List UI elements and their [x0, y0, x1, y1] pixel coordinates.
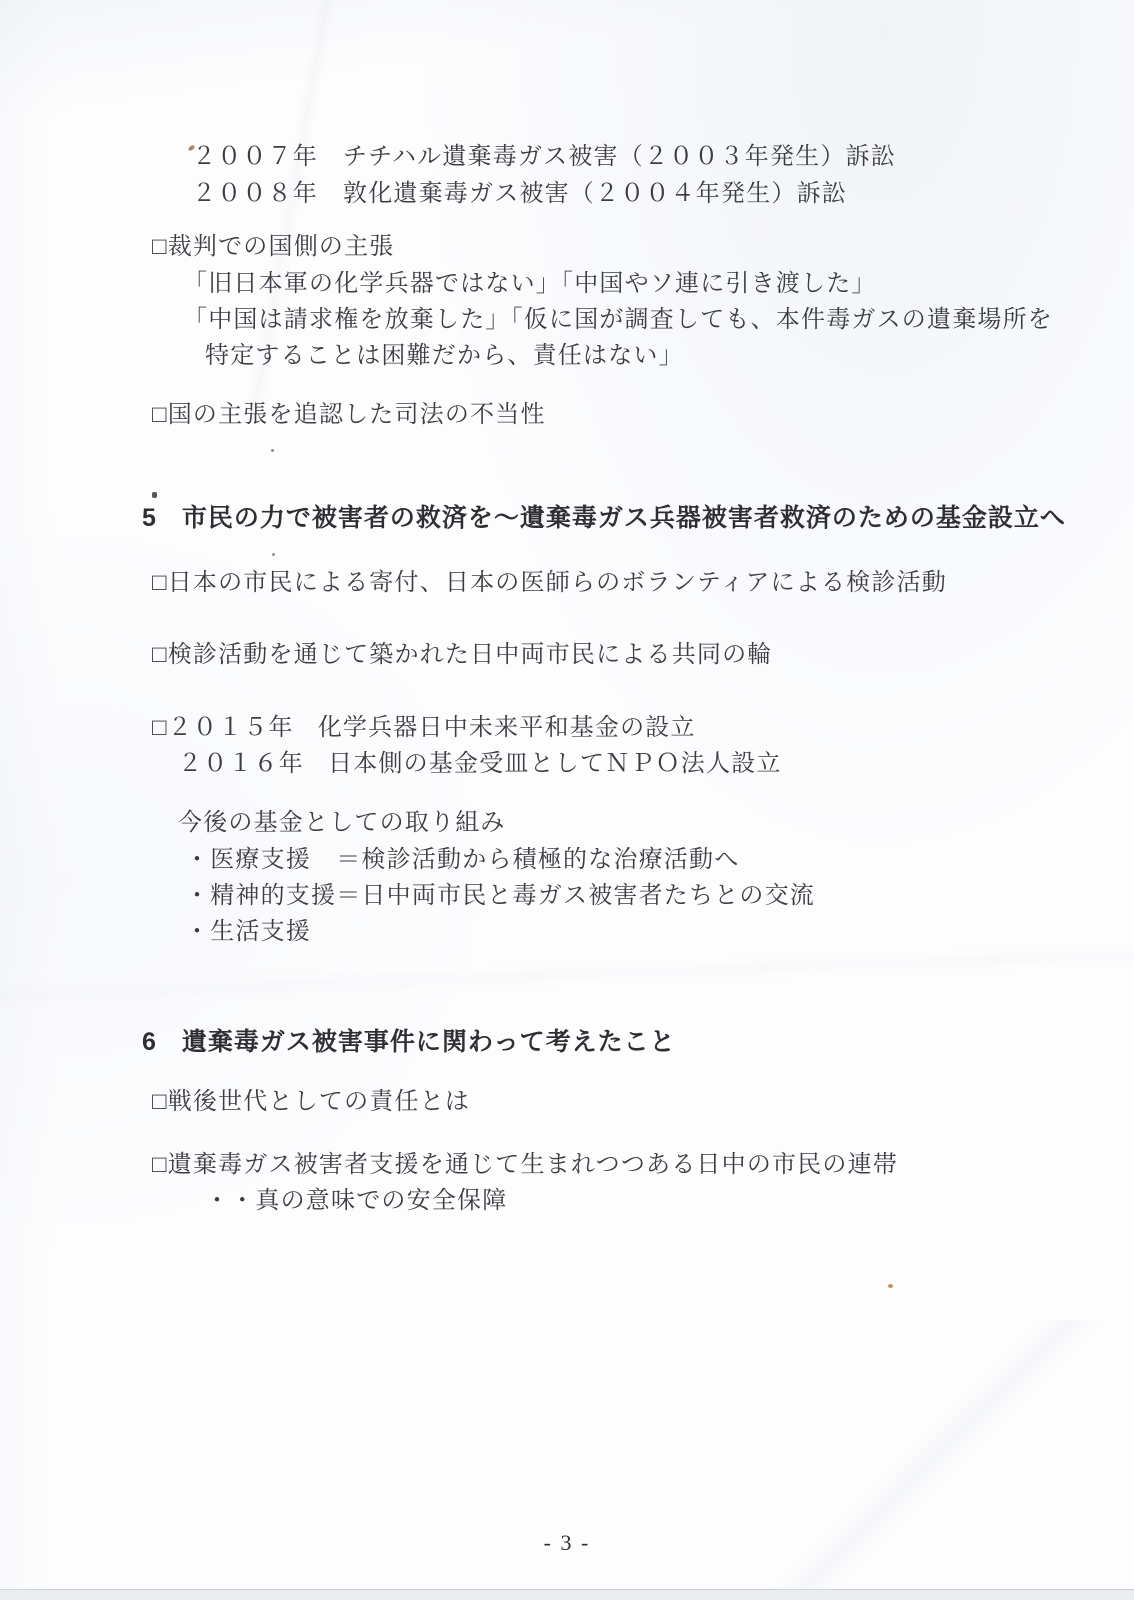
future-efforts-heading: 今後の基金としての取り組み	[178, 808, 506, 838]
bullet-item: ・医療支援 ＝検診活動から積極的な治療活動へ	[185, 845, 739, 875]
section6-heading: 6 遺棄毒ガス被害事件に関わって考えたこと	[142, 1022, 676, 1058]
section-title: 遺棄毒ガス被害事件に関わって考えたこと	[182, 1022, 676, 1058]
scanned-document-page: ２００７年 チチハル遺棄毒ガス被害（２００３年発生）訴訟 ２００８年 敦化遺棄毒…	[0, 0, 1134, 1600]
scanner-edge-strip	[0, 1589, 1134, 1600]
claim-quote-line: 「中国は請求権を放棄した」「仮に国が調査しても、本件毒ガスの遺棄場所を	[183, 305, 1053, 335]
lawsuit-description: チチハル遺棄毒ガス被害（２００３年発生）訴訟	[343, 136, 896, 171]
paper-speck	[271, 449, 274, 452]
section5-heading: 5 市民の力で被害者の救済を～遺棄毒ガス兵器被害者救済のための基金設立へ	[142, 498, 1066, 534]
fund-year-row: □２０１５年 化学兵器日中未来平和基金の設立	[152, 707, 696, 742]
fund-year: ２０１６年	[178, 743, 304, 778]
lawsuit-year-row: ２００８年 敦化遺棄毒ガス被害（２００４年発生）訴訟	[192, 173, 847, 208]
paper-speck	[152, 492, 157, 498]
checkbox-item: □検診活動を通じて築かれた日中両市民による共同の輪	[152, 640, 773, 670]
bullet-item: ・精神的支援＝日中両市民と毒ガス被害者たちとの交流	[185, 881, 815, 911]
lawsuit-description: 敦化遺棄毒ガス被害（２００４年発生）訴訟	[343, 173, 847, 208]
fund-description: 日本側の基金受皿としてＮＰＯ法人設立	[328, 743, 782, 778]
fund-year: □２０１５年	[152, 707, 294, 742]
checkbox-item: □日本の市民による寄付、日本の医師らのボランティアによる検診活動	[152, 568, 947, 598]
paper-speck	[888, 1284, 893, 1288]
lawsuit-year: ２００８年	[192, 173, 318, 208]
paper-crease	[0, 930, 1134, 1020]
fund-year-row: ２０１６年 日本側の基金受皿としてＮＰＯ法人設立	[178, 743, 782, 778]
checkbox-item: □戦後世代としての責任とは	[152, 1087, 470, 1117]
sub-item: ・・真の意味での安全保障	[205, 1186, 507, 1216]
state-claims-heading: □裁判での国側の主張	[152, 232, 395, 262]
lawsuit-year-row: ２００７年 チチハル遺棄毒ガス被害（２００３年発生）訴訟	[192, 136, 896, 171]
claim-quote-line: 特定することは困難だから、責任はない」	[205, 341, 684, 371]
bullet-item: ・生活支援	[185, 917, 311, 947]
section-number: 6	[142, 1028, 156, 1057]
claim-quote-line: 「旧日本軍の化学兵器ではない」「中国やソ連に引き渡した」	[183, 269, 877, 299]
section-number: 5	[142, 504, 156, 533]
page-number: - 3 -	[0, 1530, 1134, 1556]
judiciary-item: □国の主張を追認した司法の不当性	[152, 400, 546, 430]
section-title: 市民の力で被害者の救済を～遺棄毒ガス兵器被害者救済のための基金設立へ	[182, 498, 1066, 534]
fund-description: 化学兵器日中未来平和基金の設立	[318, 707, 696, 742]
paper-crease	[760, 1320, 1100, 1600]
checkbox-item: □遺棄毒ガス被害者支援を通じて生まれつつある日中の市民の連帯	[152, 1150, 898, 1180]
lawsuit-year: ２００７年	[192, 136, 318, 171]
paper-speck	[272, 553, 275, 556]
